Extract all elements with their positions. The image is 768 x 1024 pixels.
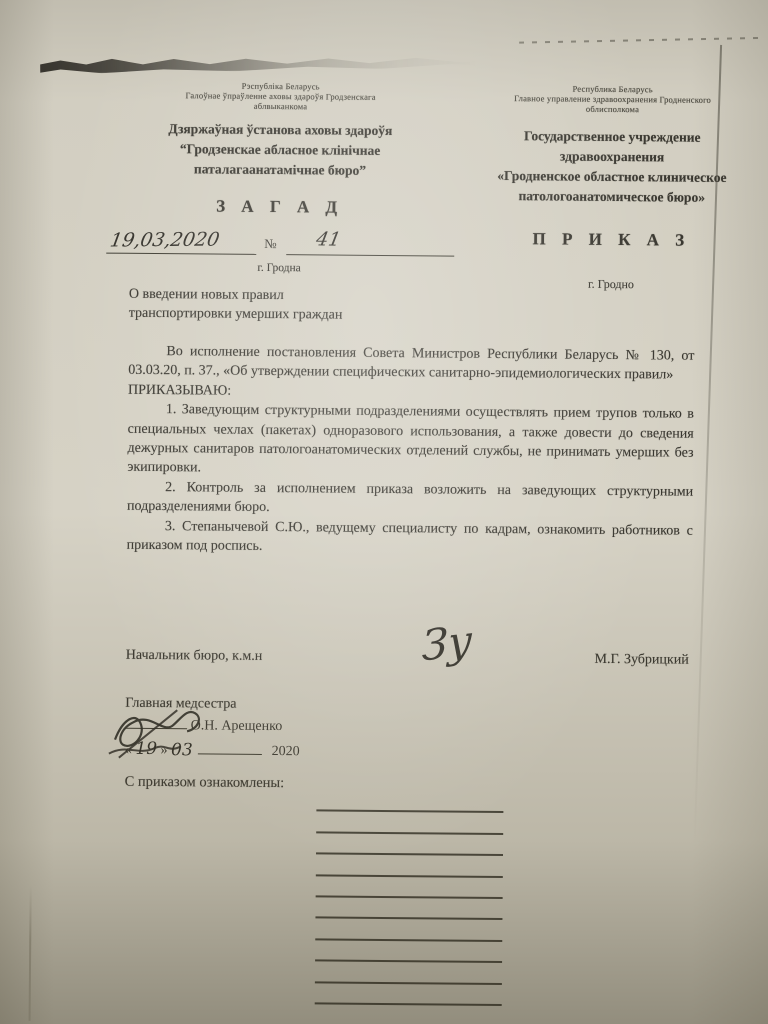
paper-crease <box>29 885 32 1021</box>
acknowledgement-label: С приказом ознакомлены: <box>125 774 285 792</box>
nurse-autograph-scribble <box>107 698 280 763</box>
signature-line <box>315 897 502 920</box>
handwritten-date: 19,03,2020 <box>108 229 221 252</box>
department-line2-be: аблвыканкома <box>106 100 456 113</box>
scan-dashed-artifact <box>519 37 764 44</box>
order-date-number-row: 19,03,2020 № 41 <box>104 229 454 262</box>
head-autograph: Зу <box>421 615 473 670</box>
order-subject: О введении новых правил транспортировки … <box>129 285 343 325</box>
number-underline <box>286 230 454 256</box>
city-be: г. Гродна <box>104 261 454 276</box>
number-sign: № <box>264 236 277 252</box>
org-line: здравоохранения <box>469 146 755 168</box>
paper: Рэспубліка Беларусь Галоўнае ўпраўленне … <box>0 0 768 1024</box>
signature-line <box>315 919 502 942</box>
signature-line <box>315 940 502 963</box>
handwritten-order-number: 41 <box>314 228 342 250</box>
subject-line1: О введении новых правил <box>129 285 343 306</box>
subject-line2: транспортировки умерших граждан <box>129 304 343 325</box>
signature-line <box>316 812 503 835</box>
scanned-order-photo: Рэспубліка Беларусь Галоўнае ўпраўленне … <box>0 0 768 1024</box>
body-paragraph-item-1: 1. Заведующим структурными подразделения… <box>127 400 694 483</box>
order-body: Во исполнение постановления Совета Минис… <box>127 342 695 560</box>
organization-name-be: Дзяржаўная ўстанова аховы здароўя “Гродз… <box>105 119 456 182</box>
body-paragraph: Во исполнение постановления Совета Минис… <box>128 342 694 386</box>
head-signature-row: Начальник бюро, к.м.н Зу М.Г. Зубрицкий <box>126 642 689 647</box>
department-line2-ru: облисполкома <box>469 103 755 115</box>
org-line: паталагаанатамічнае бюро” <box>105 159 455 182</box>
head-name: М.Г. Зубрицкий <box>594 652 688 669</box>
letterhead: Рэспубліка Беларусь Галоўнае ўпраўленне … <box>104 80 756 294</box>
body-paragraph-item-2: 2. Контроль за исполнением приказа возло… <box>127 478 693 522</box>
signature-line <box>316 876 503 899</box>
letterhead-left-belarusian: Рэспубліка Беларусь Галоўнае ўпраўленне … <box>104 80 456 291</box>
scan-toner-smudge <box>40 51 555 74</box>
signature-lines <box>315 790 504 1006</box>
nurse-signature-block: Главная медсестра О.Н. Арещенко « 19 » 0… <box>125 696 300 761</box>
body-paragraph-item-3: 3. Степанычевой С.Ю., ведущему специалис… <box>127 516 693 560</box>
signature-line <box>315 962 502 985</box>
head-position: Начальник бюро, к.м.н <box>126 648 263 665</box>
order-title-be: З А Г А Д <box>105 196 455 219</box>
signature-line <box>316 790 503 813</box>
signature-line <box>316 855 503 878</box>
org-line: «Гродненское областное клиническое <box>469 166 755 188</box>
signature-line <box>316 833 503 856</box>
organization-name-ru: Государственное учреждение здравоохранен… <box>469 126 756 208</box>
order-title-ru: П Р И К А З <box>468 229 754 251</box>
org-line: Государственное учреждение <box>469 126 755 148</box>
signature-line <box>315 983 502 1006</box>
org-line: патологоанатомическое бюро» <box>469 186 755 208</box>
